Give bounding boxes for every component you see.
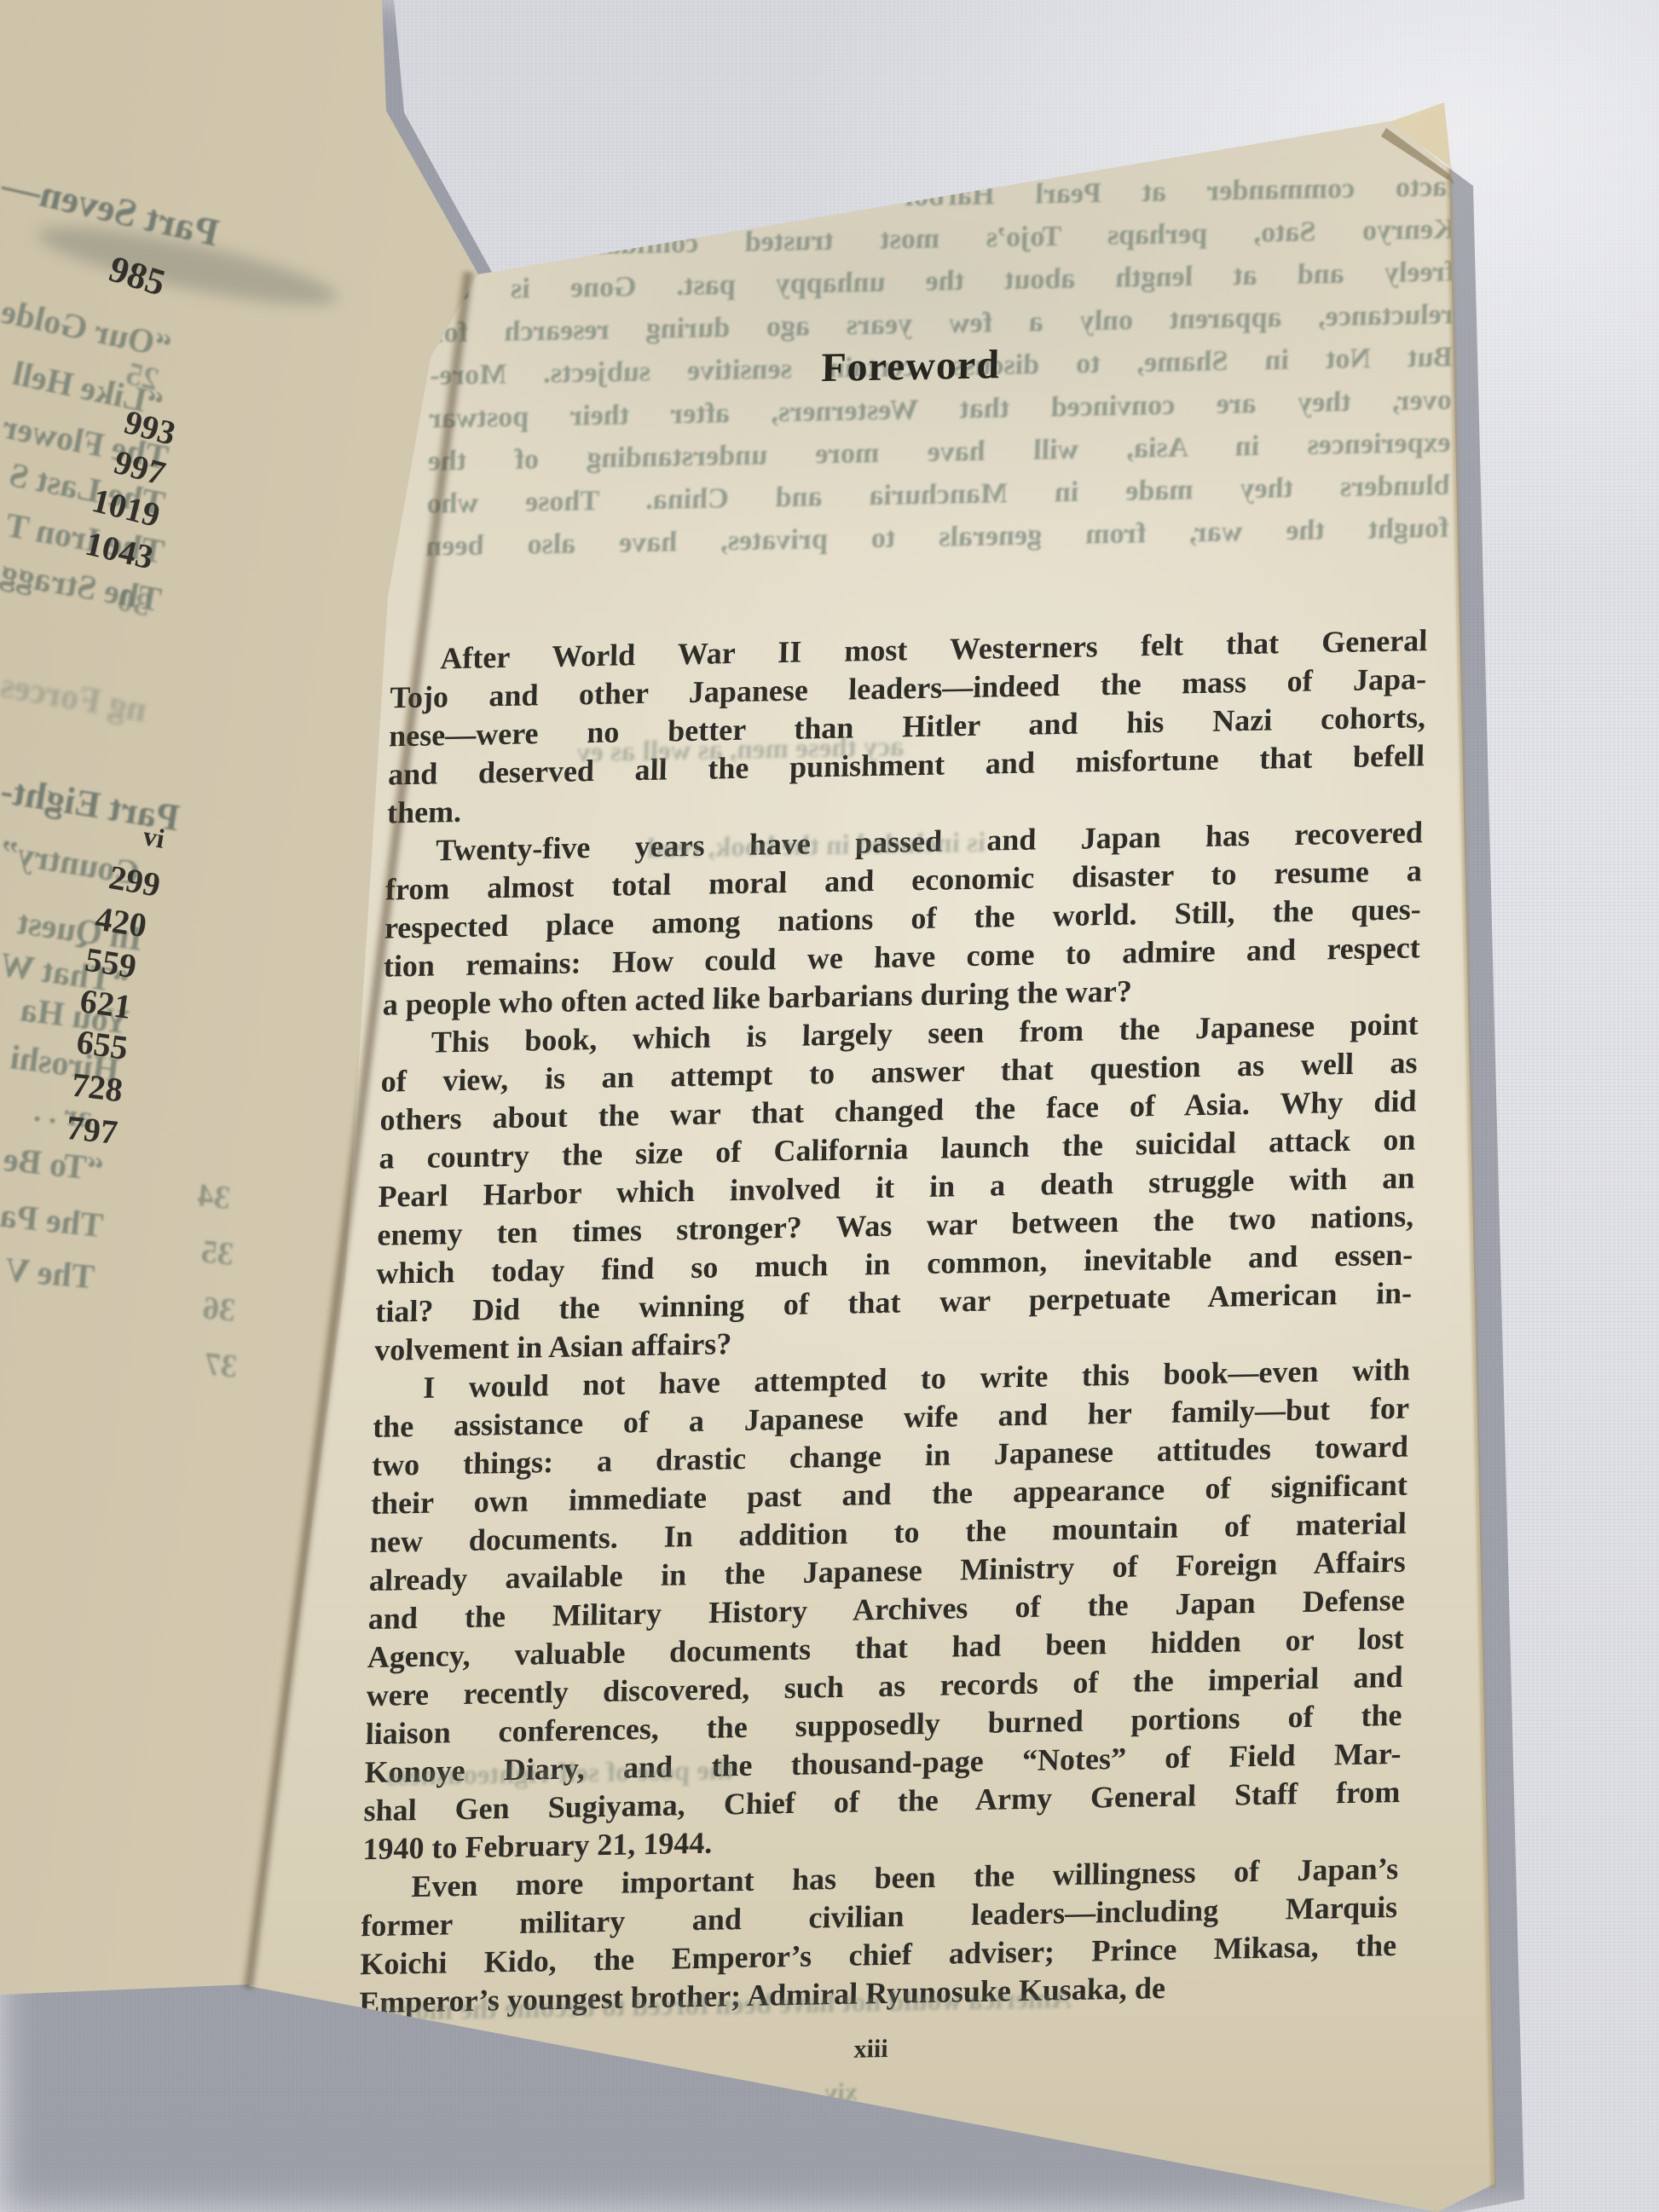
showthrough-fragment: acy these men, as well as ev <box>576 731 905 769</box>
contents-page-number: vi <box>141 820 167 855</box>
showthrough-fragment: the pose of self-righteousness <box>386 1755 735 1793</box>
chapter-title-showthrough: The Pa <box>0 1195 105 1245</box>
showthrough-page-number: 37 <box>203 1345 239 1385</box>
paragraph: This book, which is largely seen from th… <box>374 1005 1419 1370</box>
contents-page-number: 559 <box>83 939 140 987</box>
paragraph: I would not have attempted to write this… <box>362 1351 1411 1869</box>
contents-page-number: 299 <box>106 857 163 905</box>
paragraph: After World War II most Westerners felt … <box>387 621 1428 832</box>
contents-page-number: 728 <box>69 1065 124 1111</box>
contents-page-number: 621 <box>78 980 134 1027</box>
contents-page-number: 420 <box>93 898 150 946</box>
showthrough-page-number: 34 <box>196 1176 232 1217</box>
contents-page-number: 797 <box>65 1107 120 1152</box>
showthrough-fragment: is included in the book, read <box>647 828 986 865</box>
book-photo: Part Seven—“Our Golde“Like HellThe Flowe… <box>0 0 1659 2212</box>
showthrough-fragments: acy these men, as well as evis included … <box>391 101 1442 121</box>
right-page-content: facto commander at Pearl Harbor and Midw… <box>342 101 1442 2212</box>
showthrough-page-number: 36 <box>201 1289 237 1329</box>
chapter-title-showthrough: The V <box>3 1250 96 1297</box>
chapter-title-showthrough: ng Forces <box>0 665 150 731</box>
contents-page-number: 655 <box>74 1021 130 1068</box>
showthrough-page-number: 35 <box>199 1233 235 1273</box>
